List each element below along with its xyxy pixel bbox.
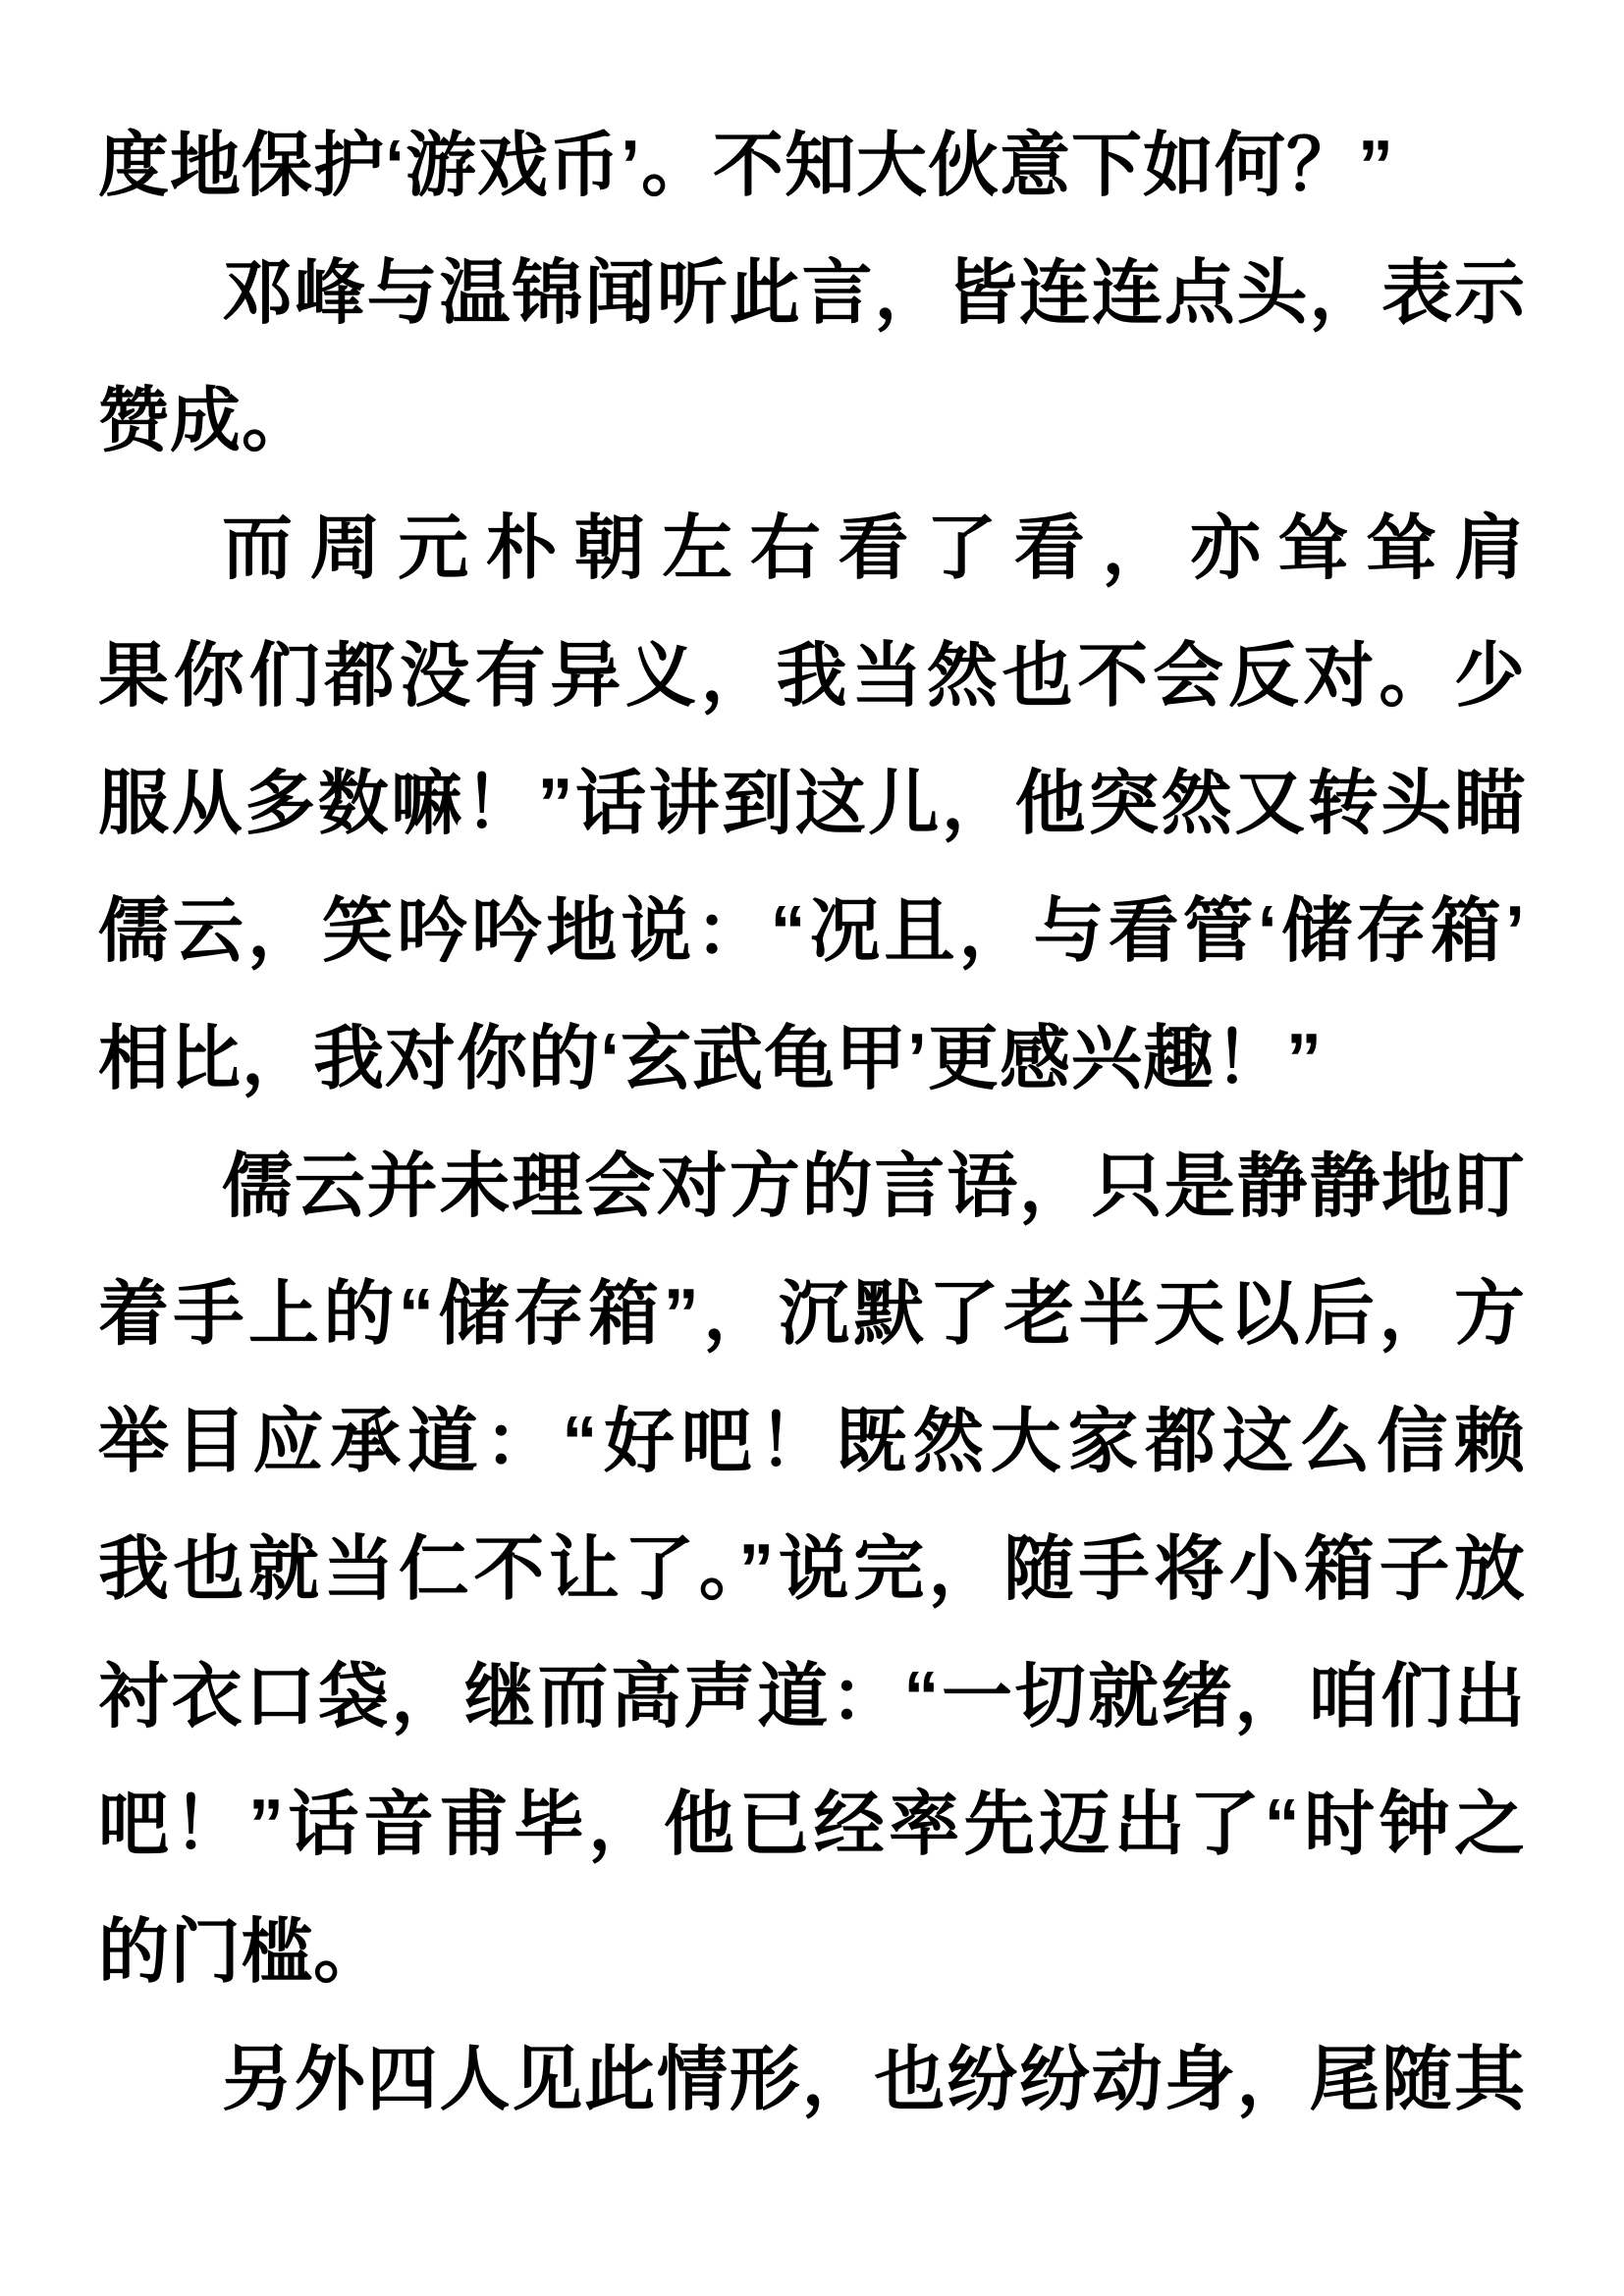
text-line-12: 我也就当仁不让了。”说完，随手将小箱子放入 (98, 1506, 1526, 1633)
text-line-6: 服从多数嘛！”话讲到这儿，他突然又转头瞄向 (98, 740, 1526, 868)
ebook-page: 度地保护‘游戏币’。不知大伙意下如何？” 邓峰与温锦闻听此言，皆连连点头，表示 … (0, 0, 1624, 2296)
text-line-5: 果你们都没有异义，我当然也不会反对。少数 (98, 613, 1526, 740)
text-line-13: 衬衣口袋，继而高声道：“一切就绪，咱们出发 (98, 1633, 1526, 1761)
text-line-10: 着手上的“储存箱”，沉默了老半天以后，方才 (98, 1251, 1526, 1378)
text-line-3: 赞成。 (98, 357, 1526, 485)
text-line-16: 另外四人见此情形，也纷纷动身，尾随其 (98, 2016, 1526, 2144)
text-line-8: 相比，我对你的‘玄武龟甲’更感兴趣！” (98, 995, 1526, 1123)
text-line-7: 儒云，笑吟吟地说：“况且，与看管‘储存箱’ (98, 868, 1526, 995)
text-line-1: 度地保护‘游戏币’。不知大伙意下如何？” (98, 102, 1526, 230)
text-block: 度地保护‘游戏币’。不知大伙意下如何？” 邓峰与温锦闻听此言，皆连连点头，表示 … (98, 102, 1526, 2144)
text-line-11: 举目应承道：“好吧！既然大家都这么信赖我， (98, 1378, 1526, 1506)
text-line-2: 邓峰与温锦闻听此言，皆连连点头，表示 (98, 230, 1526, 357)
text-line-4: 而周元朴朝左右看了看，亦耸耸肩道：“如 (98, 485, 1526, 613)
text-line-14: 吧！”话音甫毕，他已经率先迈出了“时钟之屋” (98, 1761, 1526, 1889)
text-line-9: 儒云并未理会对方的言语，只是静静地盯 (98, 1123, 1526, 1251)
text-line-15: 的门槛。 (98, 1889, 1526, 2016)
